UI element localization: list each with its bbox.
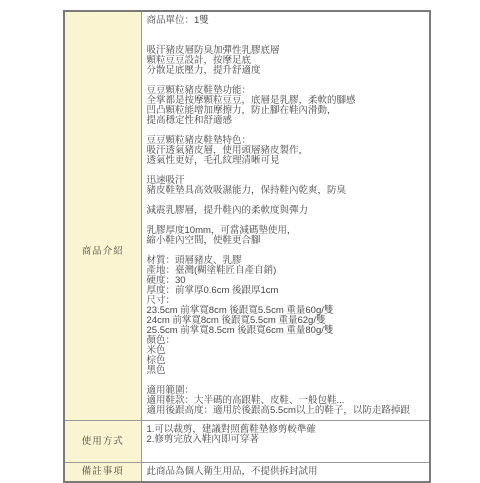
text-line: 顏色： (147, 336, 426, 346)
text-line: 縮小鞋內空間，使鞋更合腳 (147, 236, 426, 246)
text-line: 商品單位：1雙 (147, 16, 426, 26)
row-label-product-intro: 商品介紹 (82, 246, 124, 257)
text-line: 減震乳膠層，提升鞋內的柔軟度與彈力 (147, 206, 426, 216)
text-line: 提高穩定性和舒適感 (147, 116, 426, 126)
table-row-usage: 使用方式 1.可以裁剪，建議對照舊鞋墊修剪較準確2.修剪完放入鞋內即可穿著 (64, 421, 430, 463)
product-intro-content: 商品單位：1雙吸汗豬皮層防臭加彈性乳膠底層顆粒豆豆設計，按摩足底分散足底壓力，提… (141, 11, 430, 421)
usage-content: 1.可以裁剪，建議對照舊鞋墊修剪較準確2.修剪完放入鞋內即可穿著 (141, 421, 430, 463)
row-label-cell: 使用方式 (64, 421, 141, 463)
text-line: 豬皮鞋墊具高效吸濕能力，保持鞋內乾爽，防臭 (147, 186, 426, 196)
text-line (147, 26, 426, 36)
row-label-cell: 備註事項 (64, 463, 141, 481)
text-line: 分散足底壓力，提升舒適度 (147, 66, 426, 76)
note-content: 此商品為個人衛生用品，不提供拆封試用 (141, 463, 430, 481)
table-row-note: 備註事項 此商品為個人衛生用品，不提供拆封試用 (64, 463, 430, 481)
text-line (147, 166, 426, 176)
text-line: 產地：臺灣(糊塗鞋匠自產自銷) (147, 266, 426, 276)
text-line: 黑色 (147, 366, 426, 376)
row-label-usage: 使用方式 (82, 436, 124, 447)
row-label-cell: 商品介紹 (64, 11, 141, 421)
text-line: 米色 (147, 346, 426, 356)
text-line: 此商品為個人衛生用品，不提供拆封試用 (147, 467, 426, 477)
text-line: 2.修剪完放入鞋內即可穿著 (147, 435, 426, 445)
text-line: 透氣性更好，毛孔紋理清晰可見 (147, 156, 426, 166)
text-line: 25.5cm 前掌寬8.5cm 後跟寬6cm 重量80g/雙 (147, 326, 426, 336)
table-row-product-intro: 商品介紹 商品單位：1雙吸汗豬皮層防臭加彈性乳膠底層顆粒豆豆設計，按摩足底分散足… (64, 11, 430, 421)
text-line: 適用後跟高度：適用於後跟高5.5cm以上的鞋子，以防走路掉跟 (147, 406, 426, 416)
text-line: 厚度：前掌厚0.6cm 後跟厚1cm (147, 286, 426, 296)
row-label-note: 備註事項 (82, 466, 124, 477)
text-line: 棕色 (147, 356, 426, 366)
product-spec-table: 商品介紹 商品單位：1雙吸汗豬皮層防臭加彈性乳膠底層顆粒豆豆設計，按摩足底分散足… (63, 10, 431, 480)
